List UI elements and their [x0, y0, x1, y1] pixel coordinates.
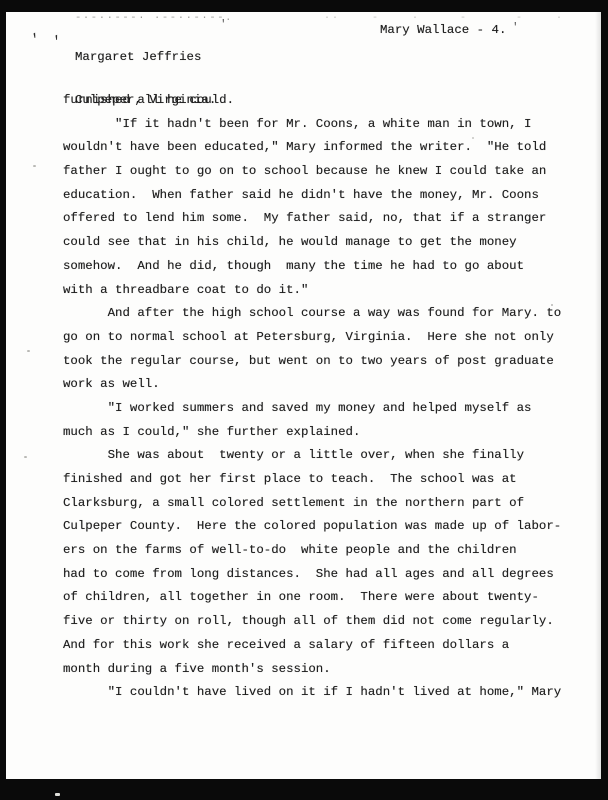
text-line: ers on the farms of well-to-do white peo… — [63, 539, 563, 563]
document-scan: -·-··---· ·--··-·--. ·· - · - - · , , ' … — [0, 0, 608, 800]
text-line: wouldn't have been educated," Mary infor… — [63, 136, 563, 160]
text-line: month during a five month's session. — [63, 658, 563, 682]
stray-pen-mark: , — [27, 23, 42, 41]
paper-speck — [27, 350, 30, 352]
text-line: with a threadbare coat to do it." — [63, 279, 563, 303]
stray-type-mark: ' — [512, 22, 519, 34]
paper-speck — [472, 137, 474, 139]
text-line: And for this work she received a salary … — [63, 634, 563, 658]
stray-pen-mark: , — [49, 25, 63, 43]
text-line: five or thirty on roll, though all of th… — [63, 610, 563, 634]
text-line: "I couldn't have lived on it if I hadn't… — [63, 681, 563, 705]
text-line: much as I could," she further explained. — [63, 421, 563, 445]
header-running-head: Mary Wallace - 4. — [380, 23, 506, 37]
text-line: And after the high school course a way w… — [63, 302, 563, 326]
text-line: finished and got her first place to teac… — [63, 468, 563, 492]
text-line: go on to normal school at Petersburg, Vi… — [63, 326, 563, 350]
text-line: furnished all he could. — [63, 89, 563, 113]
text-line: "If it hadn't been for Mr. Coons, a whit… — [63, 113, 563, 137]
text-line: of children, all together in one room. T… — [63, 586, 563, 610]
stray-type-mark: ' — [220, 19, 227, 31]
text-line: offered to lend him some. My father said… — [63, 207, 563, 231]
scan-border-right — [601, 0, 608, 780]
paper-speck — [33, 165, 36, 167]
text-line: father I ought to go on to school becaus… — [63, 160, 563, 184]
text-line: had to come from long distances. She had… — [63, 563, 563, 587]
text-line: She was about twenty or a little over, w… — [63, 444, 563, 468]
text-line: could see that in his child, he would ma… — [63, 231, 563, 255]
text-line: education. When father said he didn't ha… — [63, 184, 563, 208]
header-interviewer-name: Margaret Jeffries — [75, 50, 216, 64]
document-page: -·-··---· ·--··-·--. ·· - · - - · , , ' … — [6, 12, 601, 779]
text-line: Culpeper County. Here the colored popula… — [63, 515, 563, 539]
paper-speck — [24, 456, 27, 458]
scan-border-bottom — [0, 779, 608, 800]
text-line: "I worked summers and saved my money and… — [63, 397, 563, 421]
text-line: somehow. And he did, though many the tim… — [63, 255, 563, 279]
body-text: furnished all he could. "If it hadn't be… — [63, 89, 563, 705]
paper-speck — [551, 304, 553, 306]
scan-border-top — [0, 0, 608, 12]
text-line: work as well. — [63, 373, 563, 397]
text-line: took the regular course, but went on to … — [63, 350, 563, 374]
text-line: Clarksburg, a small colored settlement i… — [63, 492, 563, 516]
scan-artifact-speck — [55, 793, 60, 796]
